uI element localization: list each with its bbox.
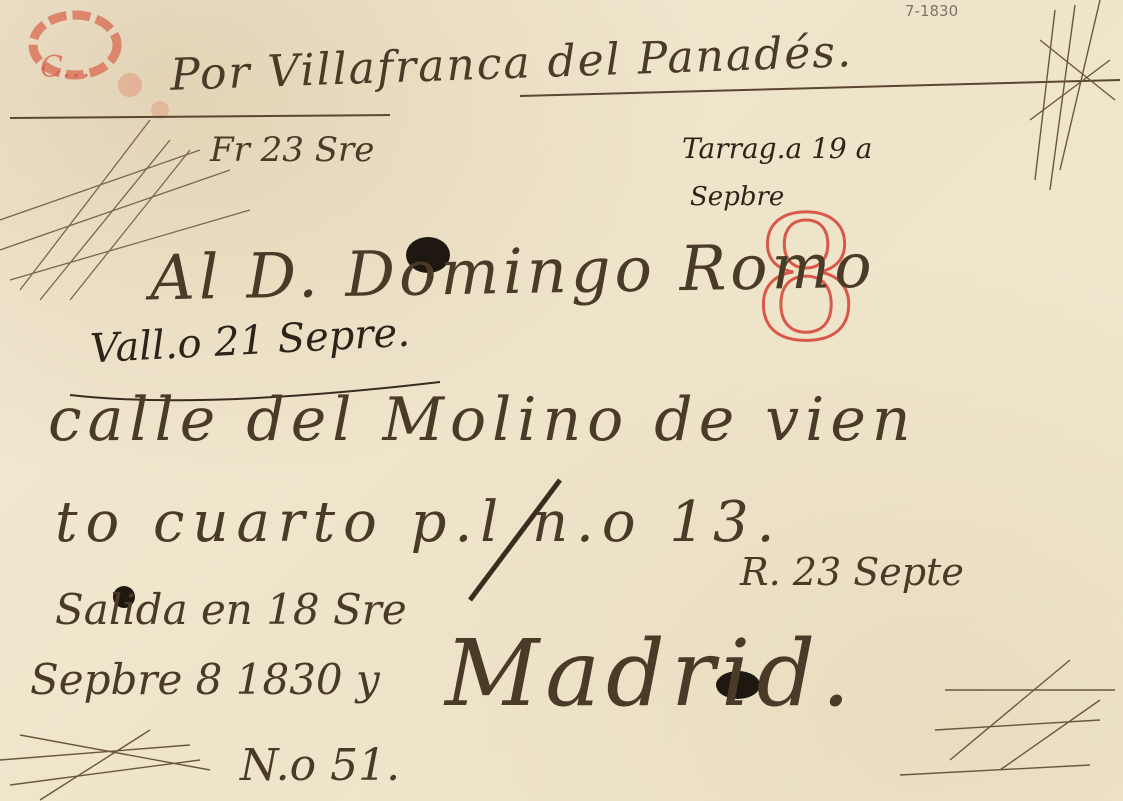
- docket-line-3: N.o 51.: [240, 740, 400, 791]
- address-line-1: calle del Molino de vien: [48, 385, 917, 455]
- hatch-scribble-bottom-left: [0, 730, 210, 800]
- docket-line-1: Salida en 18 Sre: [55, 585, 407, 634]
- destination-city: Madrid.: [445, 620, 856, 727]
- receipt-date-note: R. 23 Septe: [740, 550, 964, 594]
- pencil-year-note: 7-1830: [905, 2, 958, 20]
- transit-note-line1: Tarrag.a 19 a: [682, 132, 872, 165]
- postal-cover: 7-1830 C... Por Villafranca del Panadés.…: [0, 0, 1123, 801]
- rule-top-left: [10, 115, 390, 118]
- hatch-scribble-bottom-right: [900, 660, 1115, 775]
- red-postmark-text: C...: [40, 50, 91, 85]
- docket-line-2: Sepbre 8 1830 y: [30, 655, 380, 704]
- forwarding-note: Fr 23 Sre: [210, 130, 374, 170]
- addressee: Al D. Domingo Romo: [149, 229, 876, 315]
- hatch-scribble-top-right: [1030, 0, 1115, 190]
- address-line-2: to cuarto p.l n.o 13.: [55, 490, 782, 555]
